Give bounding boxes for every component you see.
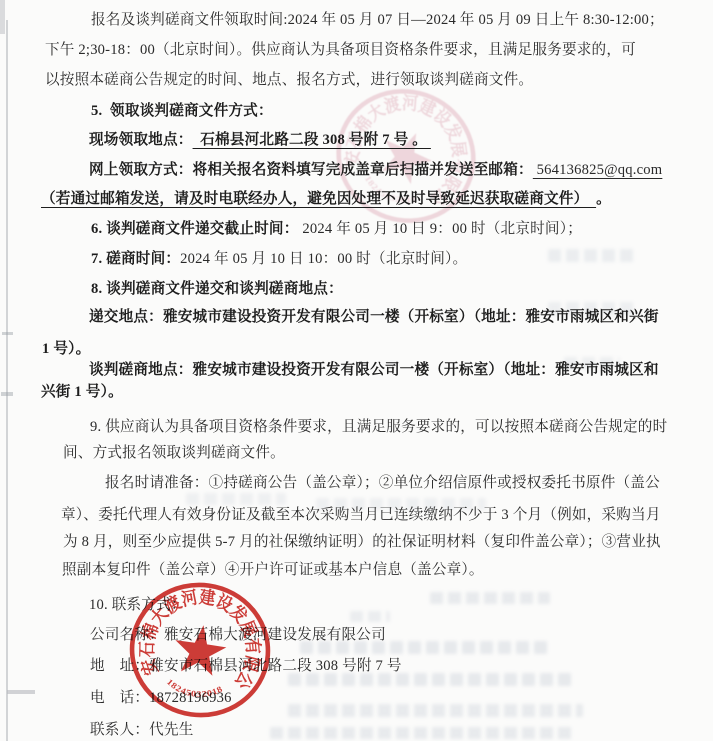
- text-line: 5. 领取谈判磋商文件方式：: [91, 103, 273, 120]
- text-segment: 下午 2;30-18：00（北京时间）。供应商认为具备项目资格条件要求，且满足服…: [45, 42, 636, 58]
- scanned-document-page: 雅安石棉大渡河建设发展有限公司 18245032018 报名及谈判磋商文件领取时…: [0, 0, 713, 741]
- text-line: 以按照本磋商公告规定的时间、地点、报名方式，进行领取谈判磋商文件。: [45, 72, 533, 89]
- text-segment: 7. 磋商时间：: [91, 251, 180, 267]
- text-line: 10. 联系方式：: [89, 597, 186, 614]
- text-segment: 章）、委托代理人有效身份证及截至本次采购当月已连续缴纳不少于 3 个月（例如，采…: [61, 507, 661, 523]
- text-segment: 为 8 月，则至少应提供 5-7 月的社保缴纳证明）的社保证明材料（复印件盖公章…: [63, 534, 661, 550]
- text-segment: 2024 年 05 月 10 日 10：00 时（北京时间）。: [180, 251, 467, 267]
- text-segment: 间、方式报名领取谈判磋商文件。: [63, 445, 285, 461]
- text-segment: （若通过邮箱发送，请及时电联经办人，避免因处理不及时导致延迟获取磋商文件）: [41, 191, 596, 207]
- text-line: 网上领取方式：将相关报名资料填写完成盖章后扫描并发送至邮箱： 564136825…: [89, 162, 662, 179]
- text-segment: 报名及谈判磋商文件领取时间:2024 年 05 月 07 日—2024 年 05…: [91, 12, 664, 28]
- text-segment: 照副本复印件（盖公章）④开户许可证或基本户信息（盖公章）。: [62, 562, 484, 578]
- text-segment: 石棉县河北路二段 308 号附 7 号 。: [193, 132, 431, 148]
- text-segment: 谈判磋商地点：雅安城市建设投资开发有限公司一楼（开标室）（地址：雅安市雨城区和: [89, 362, 659, 378]
- text-line: 递交地点：雅安城市建设投资开发有限公司一楼（开标室）（地址：雅安市雨城区和兴街: [89, 309, 659, 326]
- text-segment: 电 话：18728196936: [90, 690, 232, 706]
- text-line: 联系人：代先生: [90, 722, 194, 739]
- text-line: 下午 2;30-18：00（北京时间）。供应商认为具备项目资格条件要求，且满足服…: [45, 42, 636, 59]
- text-line: 为 8 月，则至少应提供 5-7 月的社保缴纳证明）的社保证明材料（复印件盖公章…: [63, 534, 661, 551]
- text-segment: 2024 年 05 月 10 日 9：00 时（北京时间）；: [299, 221, 582, 237]
- text-segment: 8. 谈判磋商文件递交和谈判磋商地点：: [91, 281, 343, 297]
- text-segment: 公司名称：雅安石棉大渡河建设发展有限公司: [90, 627, 386, 643]
- text-segment: 地 址：雅安市石棉县河北路二段 308 号附 7 号: [90, 658, 402, 674]
- text-line: 报名及谈判磋商文件领取时间:2024 年 05 月 07 日—2024 年 05…: [91, 12, 664, 29]
- text-line: 6. 谈判磋商文件递交截止时间： 2024 年 05 月 10 日 9：00 时…: [91, 221, 582, 238]
- text-line: 兴街 1 号）。: [41, 384, 123, 401]
- text-segment: 5. 领取谈判磋商文件方式：: [91, 103, 273, 119]
- text-line: 1 号）。: [42, 341, 90, 358]
- text-segment: 以按照本磋商公告规定的时间、地点、报名方式，进行领取谈判磋商文件。: [45, 72, 533, 88]
- text-line: 电 话：18728196936: [90, 690, 232, 707]
- text-line: 章）、委托代理人有效身份证及截至本次采购当月已连续缴纳不少于 3 个月（例如，采…: [61, 507, 661, 524]
- text-segment: 递交地点：雅安城市建设投资开发有限公司一楼（开标室）（地址：雅安市雨城区和兴街: [89, 309, 659, 325]
- text-line: 9. 供应商认为具备项目资格条件要求，且满足服务要求的，可以按照本磋商公告规定的…: [90, 419, 667, 436]
- text-segment: 网上领取方式：将相关报名资料填写完成盖章后扫描并发送至邮箱：: [89, 162, 533, 178]
- text-segment: 联系人：代先生: [90, 722, 194, 738]
- text-line: 谈判磋商地点：雅安城市建设投资开发有限公司一楼（开标室）（地址：雅安市雨城区和: [89, 362, 659, 379]
- text-line: 公司名称：雅安石棉大渡河建设发展有限公司: [90, 627, 386, 644]
- text-line: （若通过邮箱发送，请及时电联经办人，避免因处理不及时导致延迟获取磋商文件） 。: [41, 191, 611, 208]
- text-line: 报名时请准备：①持磋商公告（盖公章）；②单位介绍信原件或授权委托书原件（盖公: [105, 475, 660, 492]
- text-line: 现场领取地点： 石棉县河北路二段 308 号附 7 号 。: [89, 132, 431, 149]
- text-segment: 报名时请准备：①持磋商公告（盖公章）；②单位介绍信原件或授权委托书原件（盖公: [105, 475, 660, 491]
- text-line: 8. 谈判磋商文件递交和谈判磋商地点：: [91, 281, 343, 298]
- text-line: 7. 磋商时间：2024 年 05 月 10 日 10：00 时（北京时间）。: [91, 251, 467, 268]
- text-segment: 1 号）。: [42, 341, 90, 357]
- text-segment: 9. 供应商认为具备项目资格条件要求，且满足服务要求的，可以按照本磋商公告规定的…: [90, 419, 667, 435]
- text-line: 间、方式报名领取谈判磋商文件。: [63, 445, 285, 462]
- text-layer: 报名及谈判磋商文件领取时间:2024 年 05 月 07 日—2024 年 05…: [0, 0, 713, 741]
- text-segment: 6. 谈判磋商文件递交截止时间：: [91, 221, 299, 237]
- text-segment: 564136825@qq.com: [533, 162, 663, 178]
- text-line: 照副本复印件（盖公章）④开户许可证或基本户信息（盖公章）。: [62, 562, 484, 579]
- text-line: 地 址：雅安市石棉县河北路二段 308 号附 7 号: [90, 658, 402, 675]
- text-segment: 兴街 1 号）。: [41, 384, 123, 400]
- text-segment: 10. 联系方式：: [89, 597, 186, 613]
- text-segment: 。: [596, 191, 611, 207]
- text-segment: 现场领取地点：: [89, 132, 193, 148]
